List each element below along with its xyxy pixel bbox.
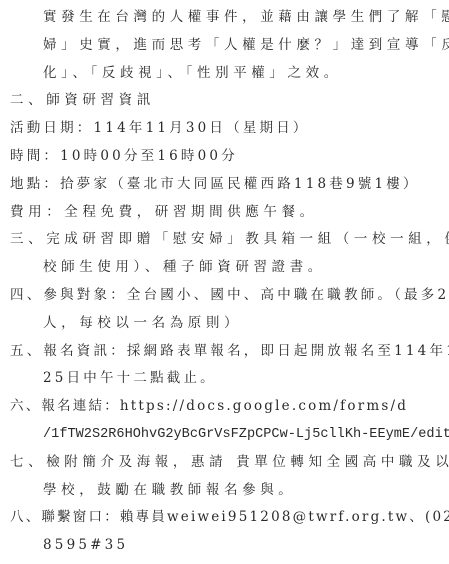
contact-info-line-1: 八、聯繫窗口：賴專員weiwei951208@twrf.org.tw、(02)2… [0,504,449,532]
paragraph-intro-line-1: 實發生在台灣的人權事件，並藉由讓學生們了解「慰安 [0,4,449,32]
item-seven-line-1: 七、檢附簡介及海報，惠請 貴單位轉知全國高中職及以下各級 [0,449,449,477]
item-four-line-1: 四、參與對象：全台國小、國中、高中職在職教師。（最多25 [0,282,449,310]
item-five-line-2: 25日中午十二點截止。 [0,365,449,393]
item-four-line-2: 人，每校以一名為原則） [0,310,449,338]
contact-info-line-2: 8595#35 [0,532,449,560]
section-heading-teacher-training: 二、師資研習資訊 [0,87,449,115]
document-body: 實發生在台灣的人權事件，並藉由讓學生們了解「慰安 婦」史實，進而思考「人權是什麼… [0,4,449,560]
registration-link-url[interactable]: /1fTW2S2R6HOhvG2yBcGrVsFZpCPCw-Lj5cllKh-… [0,421,449,449]
event-date: 活動日期：114年11月30日（星期日） [0,115,449,143]
item-five-line-1: 五、報名資訊：採網路表單報名，即日起開放報名至114年11月 [0,338,449,366]
paragraph-intro-line-2: 婦」史實，進而思考「人權是什麼？」達到宣導「反物 [0,32,449,60]
event-time: 時間：10時00分至16時00分 [0,143,449,171]
registration-link-label[interactable]: 六、報名連結：https://docs.google.com/forms/d [0,393,449,421]
event-location: 地點：拾夢家（臺北市大同區民權西路118巷9號1樓） [0,171,449,199]
item-three-line-2: 校師生使用）、種子師資研習證書。 [0,254,449,282]
item-seven-line-2: 學校，鼓勵在職教師報名參與。 [0,477,449,505]
item-three-line-1: 三、完成研習即贈「慰安婦」教具箱一組（一校一組，供予該 [0,226,449,254]
paragraph-intro-line-3: 化」、「反歧視」、「性別平權」之效。 [0,60,449,88]
event-fee: 費用：全程免費，研習期間供應午餐。 [0,199,449,227]
